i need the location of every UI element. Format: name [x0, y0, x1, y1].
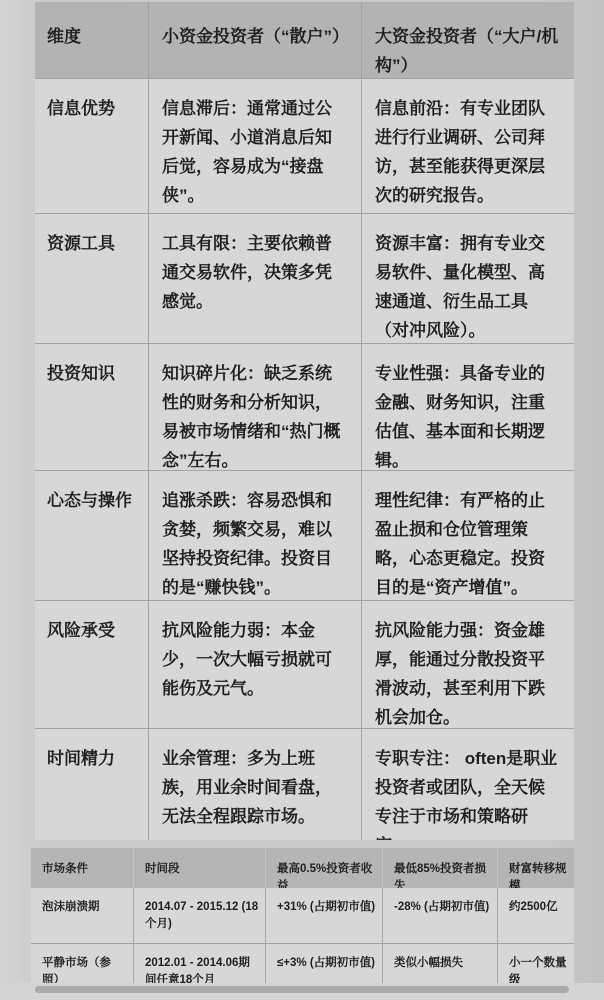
small-investor-cell: 追涨杀跌：容易恐惧和贪婪，频繁交易，难以坚持投资纪律。投资目的是“赚快钱”。 [148, 470, 361, 600]
header-small-investor: 小资金投资者（“散户”） [148, 2, 361, 78]
market-condition-cell: 泡沫崩溃期 [31, 888, 133, 943]
market-conditions-table: 市场条件 时间段 最高0.5%投资者收益 最低85%投资者损失 财富转移规模 泡… [31, 848, 574, 990]
comparison-table: 维度 小资金投资者（“散户”） 大资金投资者（“大户/机构”） 信息优势 信息滞… [35, 2, 574, 840]
small-investor-cell: 抗风险能力弱：本金少，一次大幅亏损就可能伤及元气。 [148, 600, 361, 728]
large-investor-cell: 信息前沿：有专业团队进行行业调研、公司拜访，甚至能获得更深层次的研究报告。 [361, 78, 574, 213]
large-investor-cell: 理性纪律：有严格的止盈止损和仓位管理策略，心态更稳定。投资目的是“资产增值”。 [361, 470, 574, 600]
top-investor-gain-cell: +31% (占期初市值) [265, 888, 382, 943]
header-large-investor: 大资金投资者（“大户/机构”） [361, 2, 574, 78]
header-bottom-investor-loss: 最低85%投资者损失 [382, 848, 497, 888]
header-top-investor-gain: 最高0.5%投资者收益 [265, 848, 382, 888]
small-investor-cell: 业余管理：多为上班族，用业余时间看盘，无法全程跟踪市场。 [148, 728, 361, 840]
small-investor-cell: 信息滞后：通常通过公开新闻、小道消息后知后觉，容易成为“接盘侠”。 [148, 78, 361, 213]
wealth-transfer-scale-cell: 约2500亿 [497, 888, 574, 943]
dimension-cell: 投资知识 [35, 343, 148, 470]
header-dimension: 维度 [35, 2, 148, 78]
small-investor-cell: 知识碎片化：缺乏系统性的财务和分析知识，易被市场情绪和“热门概念”左右。 [148, 343, 361, 470]
dimension-cell: 时间精力 [35, 728, 148, 840]
large-investor-cell: 专职专注： often是职业投资者或团队，全天候专注于市场和策略研究。 [361, 728, 574, 840]
dimension-cell: 资源工具 [35, 213, 148, 343]
dimension-cell: 心态与操作 [35, 470, 148, 600]
time-period-cell: 2014.07 - 2015.12 (18个月) [133, 888, 265, 943]
large-investor-cell: 抗风险能力强：资金雄厚，能通过分散投资平滑波动，甚至利用下跌机会加仓。 [361, 600, 574, 728]
small-investor-cell: 工具有限：主要依赖普通交易软件，决策多凭感觉。 [148, 213, 361, 343]
large-investor-cell: 专业性强：具备专业的金融、财务知识，注重估值、基本面和长期逻辑。 [361, 343, 574, 470]
bottom-investor-loss-cell: -28% (占期初市值) [382, 888, 497, 943]
dimension-cell: 风险承受 [35, 600, 148, 728]
header-time-period: 时间段 [133, 848, 265, 888]
dimension-cell: 信息优势 [35, 78, 148, 213]
header-wealth-transfer-scale: 财富转移规模 [497, 848, 574, 888]
header-market-condition: 市场条件 [31, 848, 133, 888]
large-investor-cell: 资源丰富：拥有专业交易软件、量化模型、高速通道、衍生品工具（对冲风险）。 [361, 213, 574, 343]
horizontal-scrollbar[interactable] [35, 986, 569, 993]
